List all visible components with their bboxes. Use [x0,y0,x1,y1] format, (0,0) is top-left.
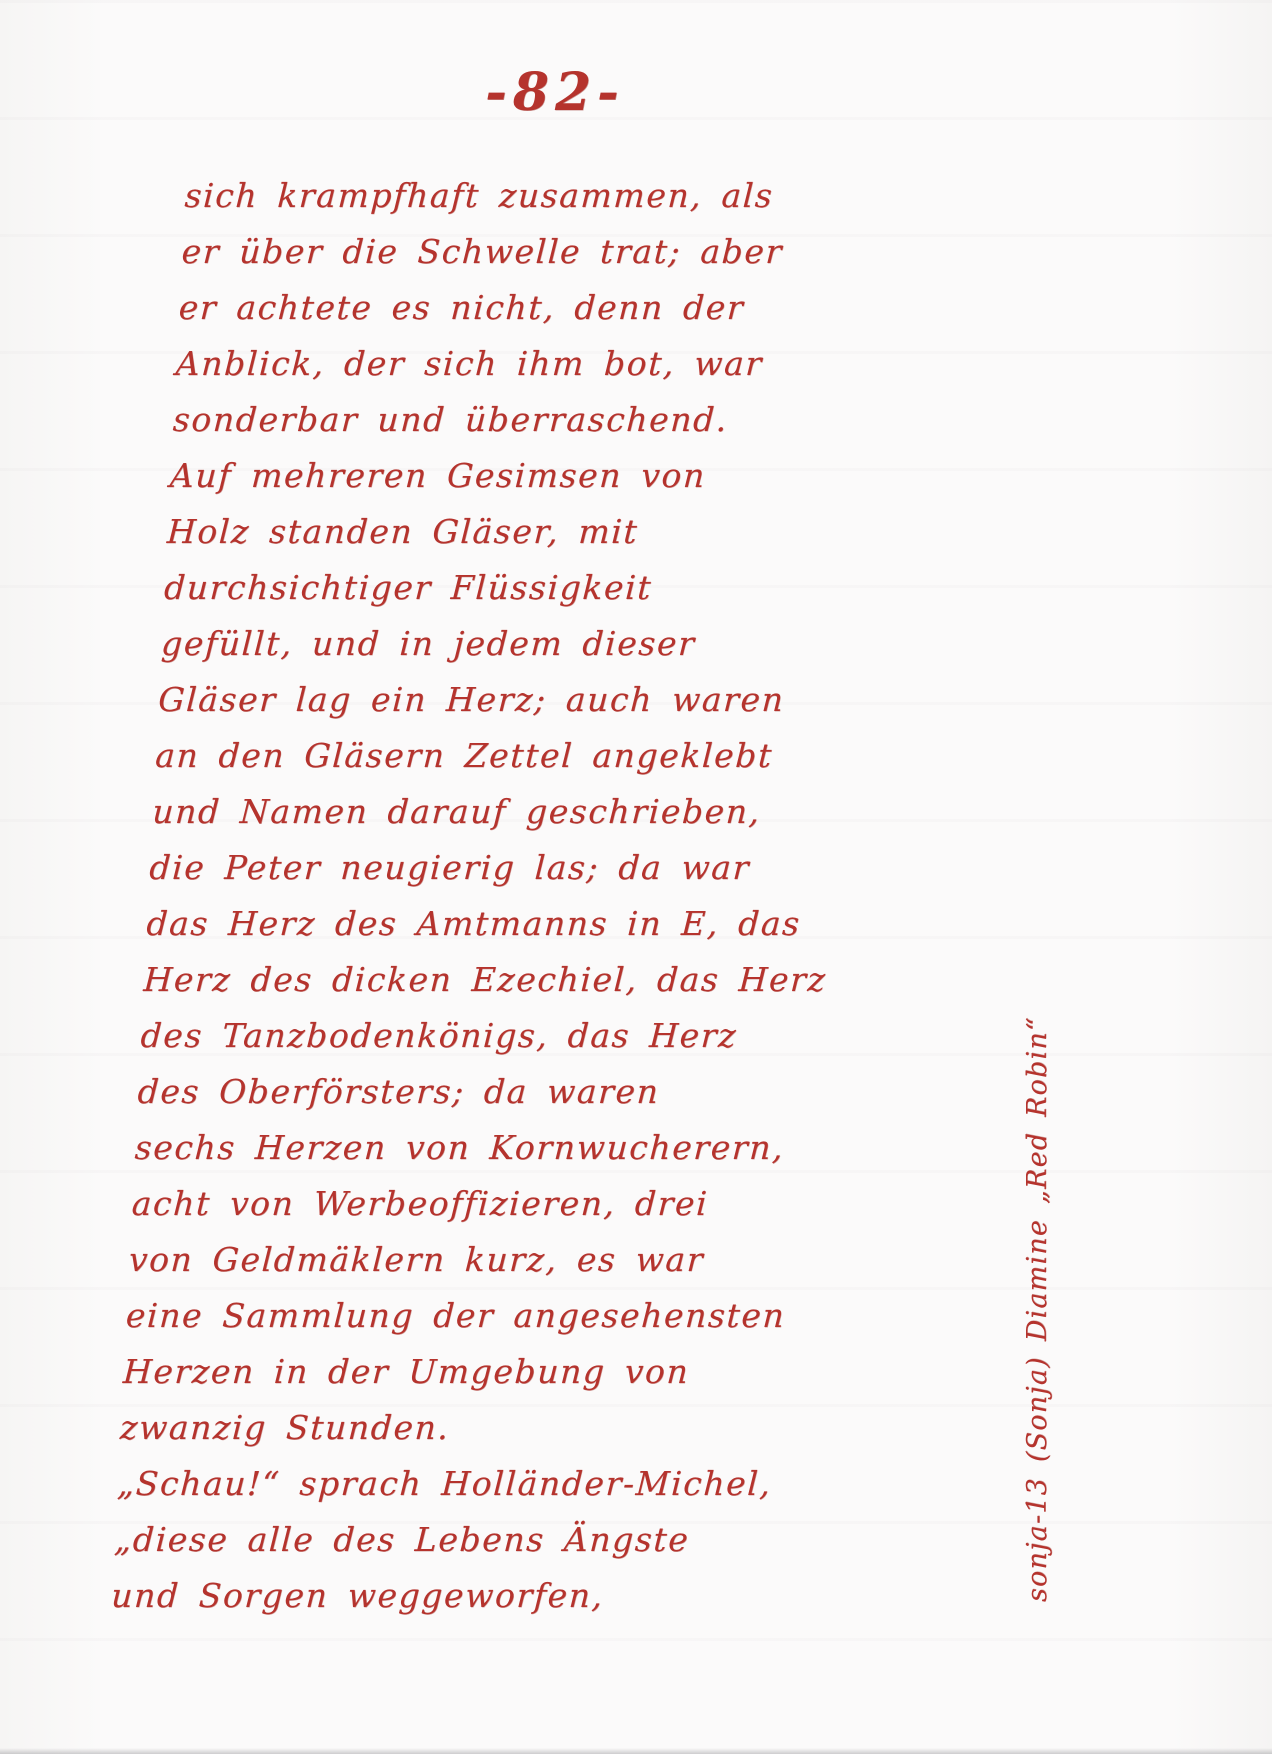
handwritten-line: Herzen in der Umgebung von [122,1344,945,1400]
handwritten-text: sich krampfhaft zusammen, als er über di… [110,168,1006,1624]
handwritten-line: von Geldmäklern kurz, es war [127,1232,950,1288]
handwritten-line: Gläser lag ein Herz; auch waren [157,672,980,728]
handwritten-line: das Herz des Amtmanns in E, das [145,896,968,952]
handwritten-line: sich krampfhaft zusammen, als [183,168,1006,224]
handwritten-line: des Tanzbodenkönigs, das Herz [139,1008,962,1064]
margin-note: sonja-13 (Sonja) Diamine „Red Robin“ [1018,587,1133,1602]
handwritten-line: gefüllt, und in jedem dieser [160,616,983,672]
handwritten-line: des Oberförsters; da waren [136,1064,959,1120]
handwritten-line: die Peter neugierig las; da war [148,840,971,896]
handwritten-line: Anblick, der sich ihm bot, war [174,336,997,392]
handwritten-line: sonderbar und überraschend. [171,392,994,448]
handwritten-line: durchsichtiger Flüssigkeit [163,560,986,616]
handwritten-line: sechs Herzen von Kornwucherern, [133,1120,956,1176]
handwritten-line: zwanzig Stunden. [119,1400,942,1456]
handwritten-line: eine Sammlung der angesehensten [125,1288,948,1344]
handwritten-line: Auf mehreren Gesimsen von [169,448,992,504]
scan-edge-shadow [0,1748,1272,1754]
handwritten-line: Herz des dicken Ezechiel, das Herz [142,952,965,1008]
scanned-page: -82- sich krampfhaft zusammen, als er üb… [0,0,1272,1754]
handwritten-line: Holz standen Gläser, mit [166,504,989,560]
handwritten-line: an den Gläsern Zettel angeklebt [154,728,977,784]
handwritten-line: „Schau!“ sprach Holländer-Michel, [116,1456,939,1512]
handwritten-line: „diese alle des Lebens Ängste [113,1512,936,1568]
handwritten-line: er achtete es nicht, denn der [177,280,1000,336]
page-number: -82- [0,62,1110,123]
handwritten-line: acht von Werbeoffizieren, drei [130,1176,953,1232]
handwritten-line: und Namen darauf geschrieben, [151,784,974,840]
handwritten-line: er über die Schwelle trat; aber [180,224,1003,280]
handwritten-line: und Sorgen weggeworfen, [110,1568,933,1624]
